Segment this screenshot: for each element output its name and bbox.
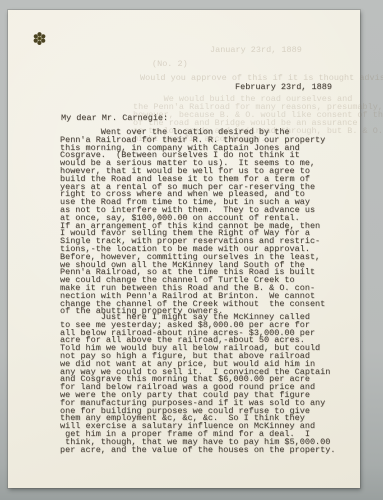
- letter-body-paragraph-2: Just here I might say the McKinney calle…: [60, 314, 335, 454]
- scanned-letter-canvas: January 23rd, 1889 (No. 2) Would you app…: [0, 0, 383, 500]
- ghost-bleedthrough-question: Would you approve of this if it is thoug…: [140, 74, 383, 82]
- letter-body-paragraph-1: Went over the location desired by the Pe…: [60, 129, 325, 316]
- ghost-bleedthrough-number: (No. 2): [152, 60, 188, 68]
- flower-seal-icon: [32, 31, 47, 46]
- letter-salutation: My dear Mr. Carnegie:: [61, 115, 168, 123]
- letter-date: February 23rd, 1889: [235, 84, 332, 92]
- ghost-bleedthrough-date: January 23rd, 1889: [210, 46, 302, 54]
- letter-page: January 23rd, 1889 (No. 2) Would you app…: [8, 10, 360, 488]
